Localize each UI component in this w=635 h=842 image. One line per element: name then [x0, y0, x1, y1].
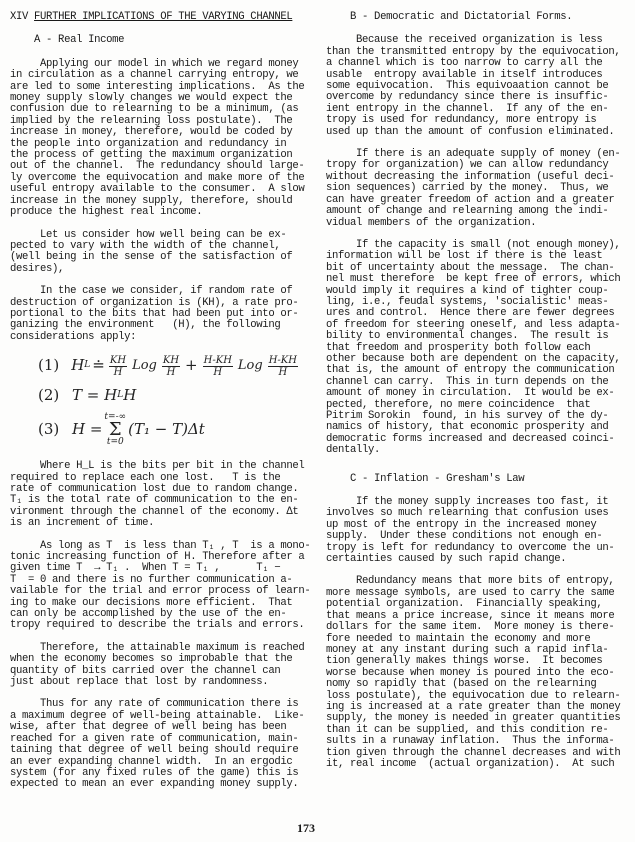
text-line: produce the highest real income. — [10, 207, 300, 218]
paragraph: Therefore, the attainable maximum is rea… — [10, 643, 300, 689]
text-line: dollars for the same item. More money is… — [326, 622, 616, 633]
equation-3: (3) H = t=-∞Σt=0 (T₁ − T)Δt — [38, 411, 300, 449]
text-line: tropy is used for redundancy, more entro… — [326, 115, 616, 126]
section-b-title: B - Democratic and Dictatorial Forms. — [326, 12, 616, 23]
summation: t=-∞Σt=0 — [104, 413, 126, 447]
right-column: B - Democratic and Dictatorial Forms. Be… — [326, 12, 616, 770]
text-line: sults in a runaway inflation. Thus the i… — [326, 736, 616, 747]
text-line: a channel which is too narrow to carry a… — [326, 58, 616, 69]
equations: (1) HL ≐ KHH Log KHH + H-KHH Log H-KHH (… — [38, 351, 300, 449]
text-line: (well being in the sense of the satisfac… — [10, 252, 300, 263]
paragraph: Thus for any rate of communication there… — [10, 699, 300, 790]
equation-2: (2) T = HLH — [38, 381, 300, 411]
section-a-title: A - Real Income — [10, 35, 300, 46]
text-line: sion sequences) carried by the money. Th… — [326, 183, 616, 194]
text-line: tropy required to describe the trials an… — [10, 620, 300, 631]
text-line: vailable for the trial and error process… — [10, 586, 300, 597]
section-c-title: C - Inflation - Gresham's Law — [326, 474, 616, 485]
text-line: just about replace that lost by randomne… — [10, 677, 300, 688]
text-line: amount of money in circulation. It would… — [326, 388, 616, 399]
paragraph: Redundancy means that more bits of entro… — [326, 576, 616, 770]
paragraph: Let us consider how well being can be ex… — [10, 230, 300, 276]
paragraph: If the money supply increases too fast, … — [326, 497, 616, 565]
paragraph: If there is an adequate supply of money … — [326, 149, 616, 229]
text-line: is an increment of time. — [10, 518, 300, 529]
text-line: dentally. — [326, 445, 616, 456]
page-number: 173 — [297, 821, 315, 836]
text-line: used up than the amount of confusion eli… — [326, 127, 616, 138]
paragraph: Because the received organization is les… — [326, 35, 616, 138]
fraction: KHH — [109, 355, 127, 378]
text-line: expected to mean an ever expanding money… — [10, 779, 300, 790]
text-line: taining that degree of well being should… — [10, 745, 300, 756]
paragraph: Where H_L is the bits per bit in the cha… — [10, 461, 300, 529]
paragraph: In the case we consider, if random rate … — [10, 286, 300, 343]
text-line: desires), — [10, 264, 300, 275]
text-line: considerations apply: — [10, 332, 300, 343]
text-line: Where H_L is the bits per bit in the cha… — [10, 461, 300, 472]
text-line: potential organization. Financially spea… — [326, 599, 616, 610]
paragraph: As long as T is less than T₁ , T is a mo… — [10, 541, 300, 632]
text-line: vidual members of the organization. — [326, 218, 616, 229]
document-page: XIV FURTHER IMPLICATIONS OF THE VARYING … — [0, 0, 635, 842]
left-column: XIV FURTHER IMPLICATIONS OF THE VARYING … — [10, 12, 300, 791]
text-line: wise, after that degree of well being ha… — [10, 722, 300, 733]
chapter-number: XIV — [10, 11, 28, 23]
text-line: it, real income (actual organization). A… — [326, 759, 616, 770]
chapter-heading: XIV FURTHER IMPLICATIONS OF THE VARYING … — [10, 12, 300, 23]
text-line: amount of change and relearning among th… — [326, 206, 616, 217]
fraction: H-KHH — [203, 355, 233, 378]
text-line: supply. Under these conditions not enoug… — [326, 531, 616, 542]
text-line: increase in money, therefore, would be c… — [10, 127, 300, 138]
text-line: nomy so rapidly that (based on the relea… — [326, 679, 616, 690]
text-line: In the case we consider, if random rate … — [10, 286, 300, 297]
text-line: information will be lost if there is the… — [326, 251, 616, 262]
text-line: tion generally makes things worse. It be… — [326, 656, 616, 667]
fraction: KHH — [162, 355, 180, 378]
paragraph: If the capacity is small (not enough mon… — [326, 240, 616, 457]
text-line: bility to environmental changes. The res… — [326, 331, 616, 342]
text-line: useful entropy available to the consumer… — [10, 184, 300, 195]
text-line: certainties caused by such rapid change. — [326, 554, 616, 565]
text-line: in circulation as a channel carrying ent… — [10, 70, 300, 81]
text-line: when the economy becomes so improbable t… — [10, 654, 300, 665]
text-line: nel must therefore be kept free of error… — [326, 274, 616, 285]
paragraph: Applying our model in which we regard mo… — [10, 59, 300, 219]
fraction: H-KHH — [268, 355, 298, 378]
equation-1: (1) HL ≐ KHH Log KHH + H-KHH Log H-KHH — [38, 351, 300, 381]
chapter-title: FURTHER IMPLICATIONS OF THE VARYING CHAN… — [34, 11, 292, 23]
